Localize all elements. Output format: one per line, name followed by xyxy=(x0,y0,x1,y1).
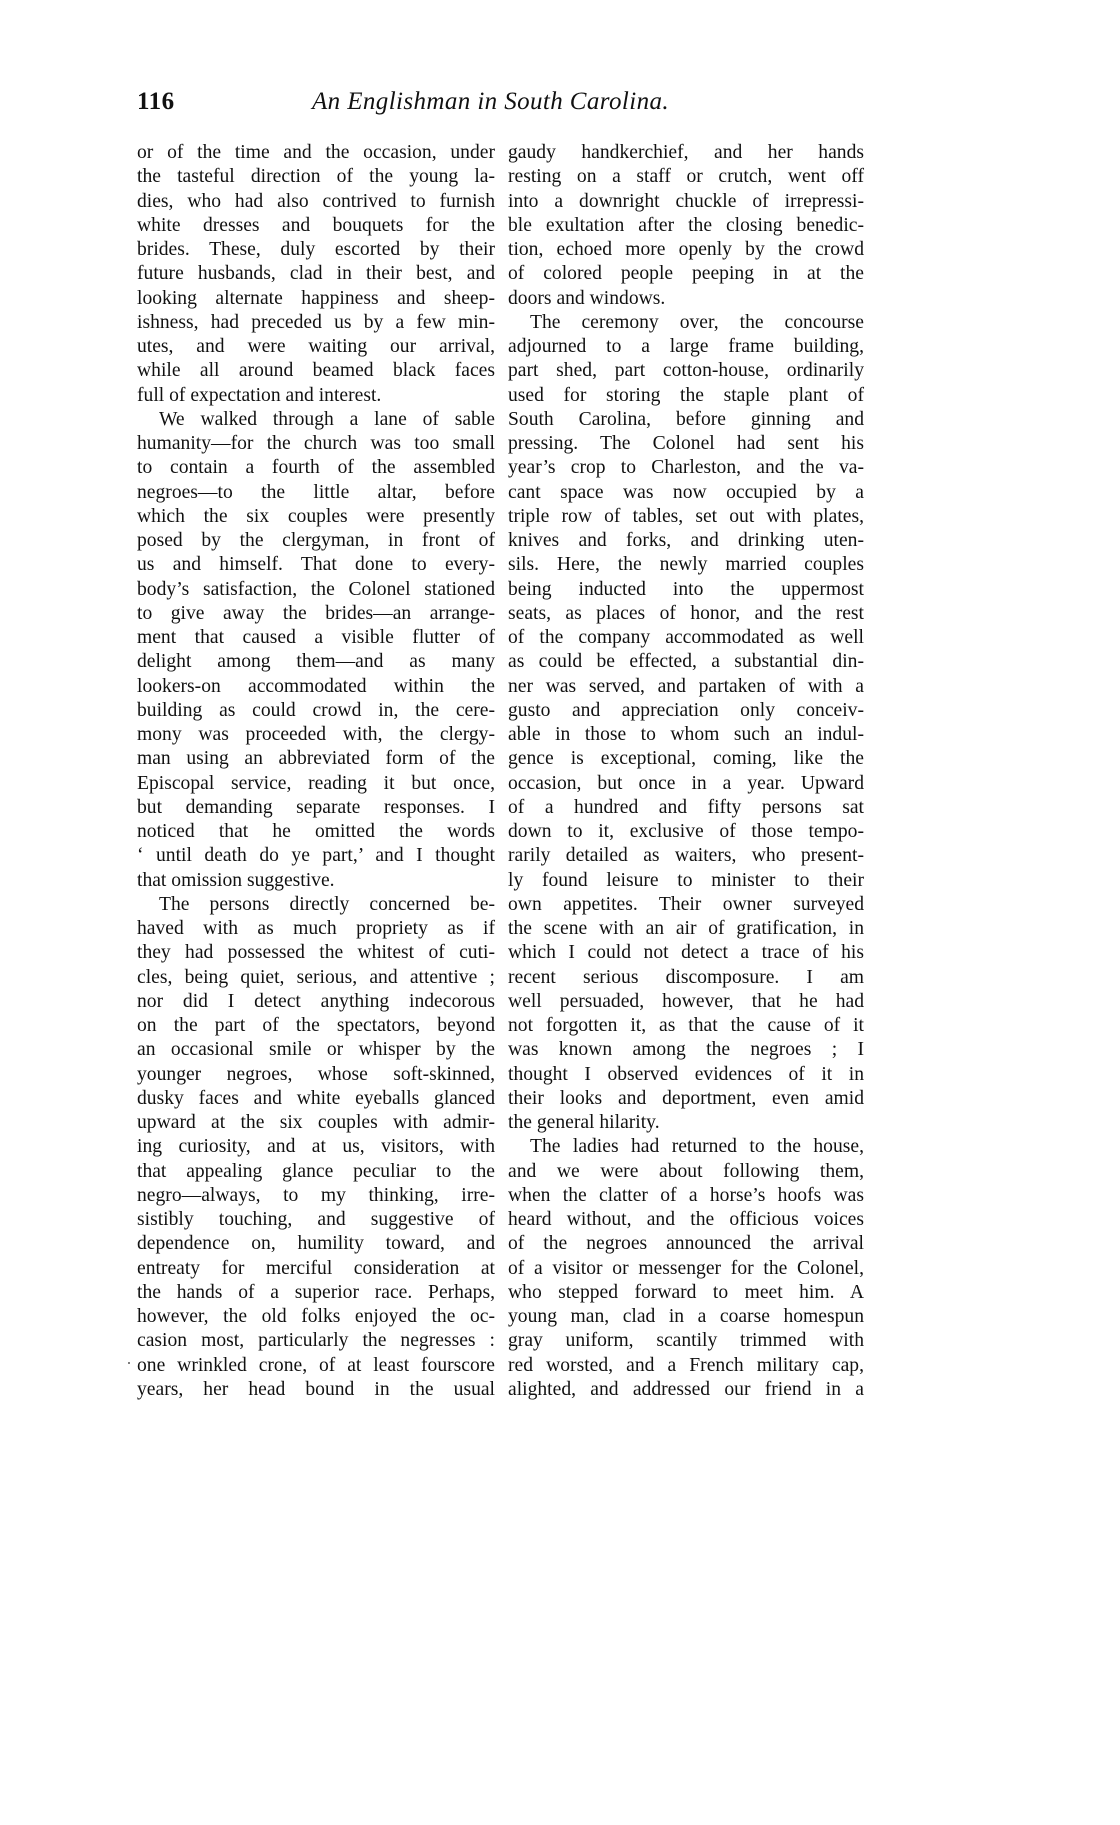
text-line: an occasional smile or whisper by the xyxy=(137,1038,495,1062)
text-line: man using an abbreviated form of the xyxy=(137,747,495,771)
text-line: part shed, part cotton-house, ordinarily xyxy=(508,359,864,383)
text-line: their looks and deportment, even amid xyxy=(508,1087,864,1111)
text-line: ble exultation after the closing benedic… xyxy=(508,214,864,238)
text-line: We walked through a lane of sable xyxy=(137,408,495,432)
text-line: The ladies had returned to the house, xyxy=(508,1135,864,1159)
text-line: body’s satisfaction, the Colonel station… xyxy=(137,578,495,602)
text-line: that omission suggestive. xyxy=(137,869,495,893)
text-line: entreaty for merciful consideration at xyxy=(137,1257,495,1281)
text-line: on the part of the spectators, beyond xyxy=(137,1014,495,1038)
text-line: sils. Here, the newly married couples xyxy=(508,553,864,577)
print-speck xyxy=(128,1362,130,1364)
text-line: of the negroes announced the arrival xyxy=(508,1232,864,1256)
text-column-right: gaudy handkerchief, and her handsresting… xyxy=(508,141,864,1402)
text-line: us and himself. That done to every- xyxy=(137,553,495,577)
text-line: Episcopal service, reading it but once, xyxy=(137,772,495,796)
text-line: when the clatter of a horse’s hoofs was xyxy=(508,1184,864,1208)
text-line: brides. These, duly escorted by their xyxy=(137,238,495,262)
text-line: which the six couples were presently xyxy=(137,505,495,529)
text-line: the general hilarity. xyxy=(508,1111,864,1135)
text-line: of a hundred and fifty persons sat xyxy=(508,796,864,820)
text-line: sistibly touching, and suggestive of xyxy=(137,1208,495,1232)
text-line: looking alternate happiness and sheep- xyxy=(137,287,495,311)
text-line: the tasteful direction of the young la- xyxy=(137,165,495,189)
text-line: thought I observed evidences of it in xyxy=(508,1063,864,1087)
text-line: ‘ until death do ye part,’ and I thought xyxy=(137,844,495,868)
text-line: was known among the negroes ; I xyxy=(508,1038,864,1062)
text-line: noticed that he omitted the words xyxy=(137,820,495,844)
text-line: dies, who had also contrived to furnish xyxy=(137,190,495,214)
text-line: heard without, and the officious voices xyxy=(508,1208,864,1232)
text-line: and we were about following them, xyxy=(508,1160,864,1184)
text-line: that appealing glance peculiar to the xyxy=(137,1160,495,1184)
text-line: occasion, but once in a year. Upward xyxy=(508,772,864,796)
text-line: red worsted, and a French military cap, xyxy=(508,1354,864,1378)
text-line: or of the time and the occasion, under xyxy=(137,141,495,165)
text-line: humanity—for the church was too small xyxy=(137,432,495,456)
text-line: adjourned to a large frame building, xyxy=(508,335,864,359)
text-line: young man, clad in a coarse homespun xyxy=(508,1305,864,1329)
text-line: into a downright chuckle of irrepressi- xyxy=(508,190,864,214)
text-line: The persons directly concerned be- xyxy=(137,893,495,917)
text-line: future husbands, clad in their best, and xyxy=(137,262,495,286)
page-number: 116 xyxy=(137,88,175,116)
text-line: negro—always, to my thinking, irre- xyxy=(137,1184,495,1208)
text-line: The ceremony over, the concourse xyxy=(508,311,864,335)
text-line: own appetites. Their owner surveyed xyxy=(508,893,864,917)
text-line: as could be effected, a substantial din- xyxy=(508,650,864,674)
text-line: of the company accommodated as well xyxy=(508,626,864,650)
text-line: full of expectation and interest. xyxy=(137,384,495,408)
text-line: the scene with an air of gratification, … xyxy=(508,917,864,941)
text-line: ing curiosity, and at us, visitors, with xyxy=(137,1135,495,1159)
text-line: recent serious discomposure. I am xyxy=(508,966,864,990)
text-line: lookers-on accommodated within the xyxy=(137,675,495,699)
text-line: seats, as places of honor, and the rest xyxy=(508,602,864,626)
text-line: used for storing the staple plant of xyxy=(508,384,864,408)
text-line: ly found leisure to minister to their xyxy=(508,869,864,893)
text-line: rarily detailed as waiters, who present- xyxy=(508,844,864,868)
text-line: ishness, had preceded us by a few min- xyxy=(137,311,495,335)
text-line: dusky faces and white eyeballs glanced xyxy=(137,1087,495,1111)
text-line: well persuaded, however, that he had xyxy=(508,990,864,1014)
text-line: casion most, particularly the negresses … xyxy=(137,1329,495,1353)
text-line: ner was served, and partaken of with a xyxy=(508,675,864,699)
text-line: of colored people peeping in at the xyxy=(508,262,864,286)
text-line: they had possessed the whitest of cuti- xyxy=(137,941,495,965)
text-line: being inducted into the uppermost xyxy=(508,578,864,602)
text-line: while all around beamed black faces xyxy=(137,359,495,383)
running-header: 116 An Englishman in South Carolina. xyxy=(137,88,864,122)
text-line: to contain a fourth of the assembled xyxy=(137,456,495,480)
text-line: haved with as much propriety as if xyxy=(137,917,495,941)
text-line: posed by the clergyman, in front of xyxy=(137,529,495,553)
text-line: cles, being quiet, serious, and attentiv… xyxy=(137,966,495,990)
text-line: years, her head bound in the usual xyxy=(137,1378,495,1402)
text-line: delight among them—and as many xyxy=(137,650,495,674)
text-line: which I could not detect a trace of his xyxy=(508,941,864,965)
text-line: the hands of a superior race. Perhaps, xyxy=(137,1281,495,1305)
text-line: utes, and were waiting our arrival, xyxy=(137,335,495,359)
text-line: tion, echoed more openly by the crowd xyxy=(508,238,864,262)
text-line: doors and windows. xyxy=(508,287,864,311)
text-line: upward at the six couples with admir- xyxy=(137,1111,495,1135)
text-line: gusto and appreciation only conceiv- xyxy=(508,699,864,723)
text-line: resting on a staff or crutch, went off xyxy=(508,165,864,189)
text-line: gray uniform, scantily trimmed with xyxy=(508,1329,864,1353)
text-line: knives and forks, and drinking uten- xyxy=(508,529,864,553)
text-line: alighted, and addressed our friend in a xyxy=(508,1378,864,1402)
text-line: triple row of tables, set out with plate… xyxy=(508,505,864,529)
text-line: cant space was now occupied by a xyxy=(508,481,864,505)
text-line: ment that caused a visible flutter of xyxy=(137,626,495,650)
text-line: pressing. The Colonel had sent his xyxy=(508,432,864,456)
text-line: down to it, exclusive of those tempo- xyxy=(508,820,864,844)
text-line: gence is exceptional, coming, like the xyxy=(508,747,864,771)
text-line: younger negroes, whose soft-skinned, xyxy=(137,1063,495,1087)
text-line: who stepped forward to meet him. A xyxy=(508,1281,864,1305)
text-line: of a visitor or messenger for the Colone… xyxy=(508,1257,864,1281)
text-line: year’s crop to Charleston, and the va- xyxy=(508,456,864,480)
running-title: An Englishman in South Carolina. xyxy=(312,88,669,116)
text-line: white dresses and bouquets for the xyxy=(137,214,495,238)
text-line: nor did I detect anything indecorous xyxy=(137,990,495,1014)
book-page: 116 An Englishman in South Carolina. or … xyxy=(0,0,1120,1825)
text-line: mony was proceeded with, the clergy- xyxy=(137,723,495,747)
text-line: building as could crowd in, the cere- xyxy=(137,699,495,723)
text-line: one wrinkled crone, of at least fourscor… xyxy=(137,1354,495,1378)
text-line: however, the old folks enjoyed the oc- xyxy=(137,1305,495,1329)
text-line: dependence on, humility toward, and xyxy=(137,1232,495,1256)
text-line: South Carolina, before ginning and xyxy=(508,408,864,432)
text-line: gaudy handkerchief, and her hands xyxy=(508,141,864,165)
text-line: to give away the brides—an arrange- xyxy=(137,602,495,626)
text-line: but demanding separate responses. I xyxy=(137,796,495,820)
text-line: not forgotten it, as that the cause of i… xyxy=(508,1014,864,1038)
text-column-left: or of the time and the occasion, underth… xyxy=(137,141,495,1402)
text-line: able in those to whom such an indul- xyxy=(508,723,864,747)
text-line: negroes—to the little altar, before xyxy=(137,481,495,505)
